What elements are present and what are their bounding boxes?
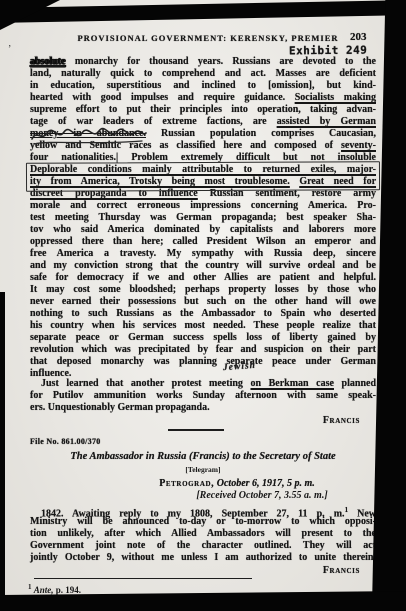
text-segment: monarchy for thousand years. Russians ar…	[66, 56, 376, 67]
running-header: PROVISIONAL GOVERNMENT: KERENSKY, PREMIE…	[58, 33, 358, 43]
text-line: ers. Unquestionably German propaganda.	[30, 402, 376, 414]
received-line: [Received October 7, 3.55 a. m.]	[122, 490, 402, 501]
text-segment: never earned their possessions but such …	[30, 296, 376, 307]
text-segment: assisted by German	[277, 116, 376, 127]
reply-paragraph: 1842. Awaiting reply to my 1808, Septemb…	[30, 504, 376, 564]
text-line: and my conviction strong that the countr…	[30, 260, 376, 272]
dateline-datetime: October 6, 1917, 5 p. m.	[214, 478, 315, 489]
text-segment: and my conviction strong that the countr…	[30, 260, 376, 271]
handwritten-scribble-icon	[30, 124, 148, 146]
signature-francis: Francis	[30, 415, 360, 426]
text-segment: his country when his services most neede…	[30, 320, 376, 331]
text-segment: oppressed there than here; called Presid…	[30, 236, 376, 247]
signature-francis-2: Francis	[30, 565, 360, 576]
text-line: never earned their possessions but such …	[30, 296, 376, 308]
page-number: 203	[350, 31, 367, 43]
file-number: File No. 861.00/370	[30, 437, 101, 446]
text-line: that deposed monarchy was planning separ…	[30, 356, 376, 368]
text-line: hearted with good impulses and require g…	[30, 92, 376, 104]
text-segment: separate peace or German success spells …	[30, 332, 376, 343]
text-segment: Just learned that another protest meetin…	[41, 378, 250, 389]
text-line: It may cost some bloodshed; perhaps prop…	[30, 284, 376, 296]
footnote-rule	[34, 578, 252, 579]
text-segment: tov who said America dominated by capita…	[30, 224, 376, 235]
text-segment: ers. Unquestionably German propaganda.	[30, 402, 210, 413]
text-line: in education, superstitious and inclined…	[30, 80, 376, 92]
text-segment: Socialists making	[295, 92, 376, 103]
text-line: land, naturally quick to comprehend and …	[30, 68, 376, 80]
text-line: free America a travesty. My sympathy wit…	[30, 248, 376, 260]
section-divider	[168, 429, 224, 431]
text-segment: morale and correct erroneous impressions…	[30, 200, 376, 211]
text-segment: for Putilov ammunition works Sunday afte…	[30, 390, 376, 401]
scan-edge-left	[0, 292, 5, 602]
text-segment: that deposed monarchy was planning separ…	[30, 356, 376, 367]
text-line: separate peace or German success spells …	[30, 332, 376, 344]
text-line: jointly October 9, without me unless I a…	[30, 552, 376, 564]
text-line: 1842. Awaiting reply to my 1808, Septemb…	[30, 504, 376, 516]
footnote-marker: 1	[28, 583, 32, 591]
text-segment: seventy-	[341, 140, 376, 151]
text-segment: supreme effort to put their principles i…	[30, 104, 376, 115]
text-line: tov who said America dominated by capita…	[30, 224, 376, 236]
footnote: 1 Ante, p. 194.	[28, 583, 81, 595]
text-segment: revolution which was precipitated by fea…	[30, 344, 376, 355]
text-segment: It may cost some bloodshed; perhaps prop…	[30, 284, 376, 295]
telegram-body-paragraph: absolute monarchy for thousand years. Ru…	[30, 56, 376, 380]
dateline: Petrograd, October 6, 1917, 5 p. m.	[92, 478, 382, 489]
text-segment: on Berkman case	[250, 378, 333, 389]
document-heading: The Ambassador in Russia (Francis) to th…	[30, 451, 376, 462]
scan-edge-bottom	[0, 591, 406, 611]
text-line: supreme effort to put their principles i…	[30, 104, 376, 116]
scan-speck: ’	[8, 44, 11, 55]
text-line: his country when his services most neede…	[30, 320, 376, 332]
text-segment: Ministry will be announced to-day or to-…	[30, 516, 376, 527]
text-segment: safe for democracy if we and other Allie…	[30, 272, 376, 283]
text-segment: land, naturally quick to comprehend and …	[30, 68, 376, 79]
text-line: safe for democracy if we and other Allie…	[30, 272, 376, 284]
text-segment: nothing to such Russians as the Ambassad…	[30, 308, 376, 319]
text-segment: in education, superstitious and inclined…	[30, 80, 376, 91]
text-line: revolution which was precipitated by fea…	[30, 344, 376, 356]
text-segment: absolute	[30, 56, 66, 67]
text-line: for Putilov ammunition works Sunday afte…	[30, 390, 376, 402]
text-line: test meeting Thursday was German propaga…	[30, 212, 376, 224]
text-line: morale and correct erroneous impressions…	[30, 200, 376, 212]
text-line: nothing to such Russians as the Ambassad…	[30, 308, 376, 320]
dateline-place: Petrograd,	[159, 478, 214, 489]
text-segment: planned	[334, 378, 376, 389]
text-line: tion unlikely, after which Allied Ambass…	[30, 528, 376, 540]
telegram-postscript-paragraph: Just learned that another protest meetin…	[30, 378, 376, 414]
text-segment: Government joint note of the character o…	[30, 540, 376, 551]
text-line: Ministry will be announced to-day or to-…	[30, 516, 376, 528]
scanned-document-page: PROVISIONAL GOVERNMENT: KERENSKY, PREMIE…	[0, 0, 406, 611]
text-segment: hearted with good impulses and require g…	[30, 92, 295, 103]
text-segment: test meeting Thursday was German propaga…	[30, 212, 376, 223]
text-line: oppressed there than here; called Presid…	[30, 236, 376, 248]
text-segment: free America a travesty. My sympathy wit…	[30, 248, 376, 259]
pencil-box-annotation	[26, 161, 380, 192]
text-segment: Russian population comprises Caucasian,	[146, 128, 376, 139]
text-segment: jointly October 9, without me unless I a…	[30, 552, 376, 563]
text-line: absolute monarchy for thousand years. Ru…	[30, 56, 376, 68]
text-line: Government joint note of the character o…	[30, 540, 376, 552]
telegram-label: [Telegram]	[30, 465, 376, 474]
text-line: Just learned that another protest meetin…	[30, 378, 376, 390]
text-segment: tion unlikely, after which Allied Ambass…	[30, 528, 376, 539]
